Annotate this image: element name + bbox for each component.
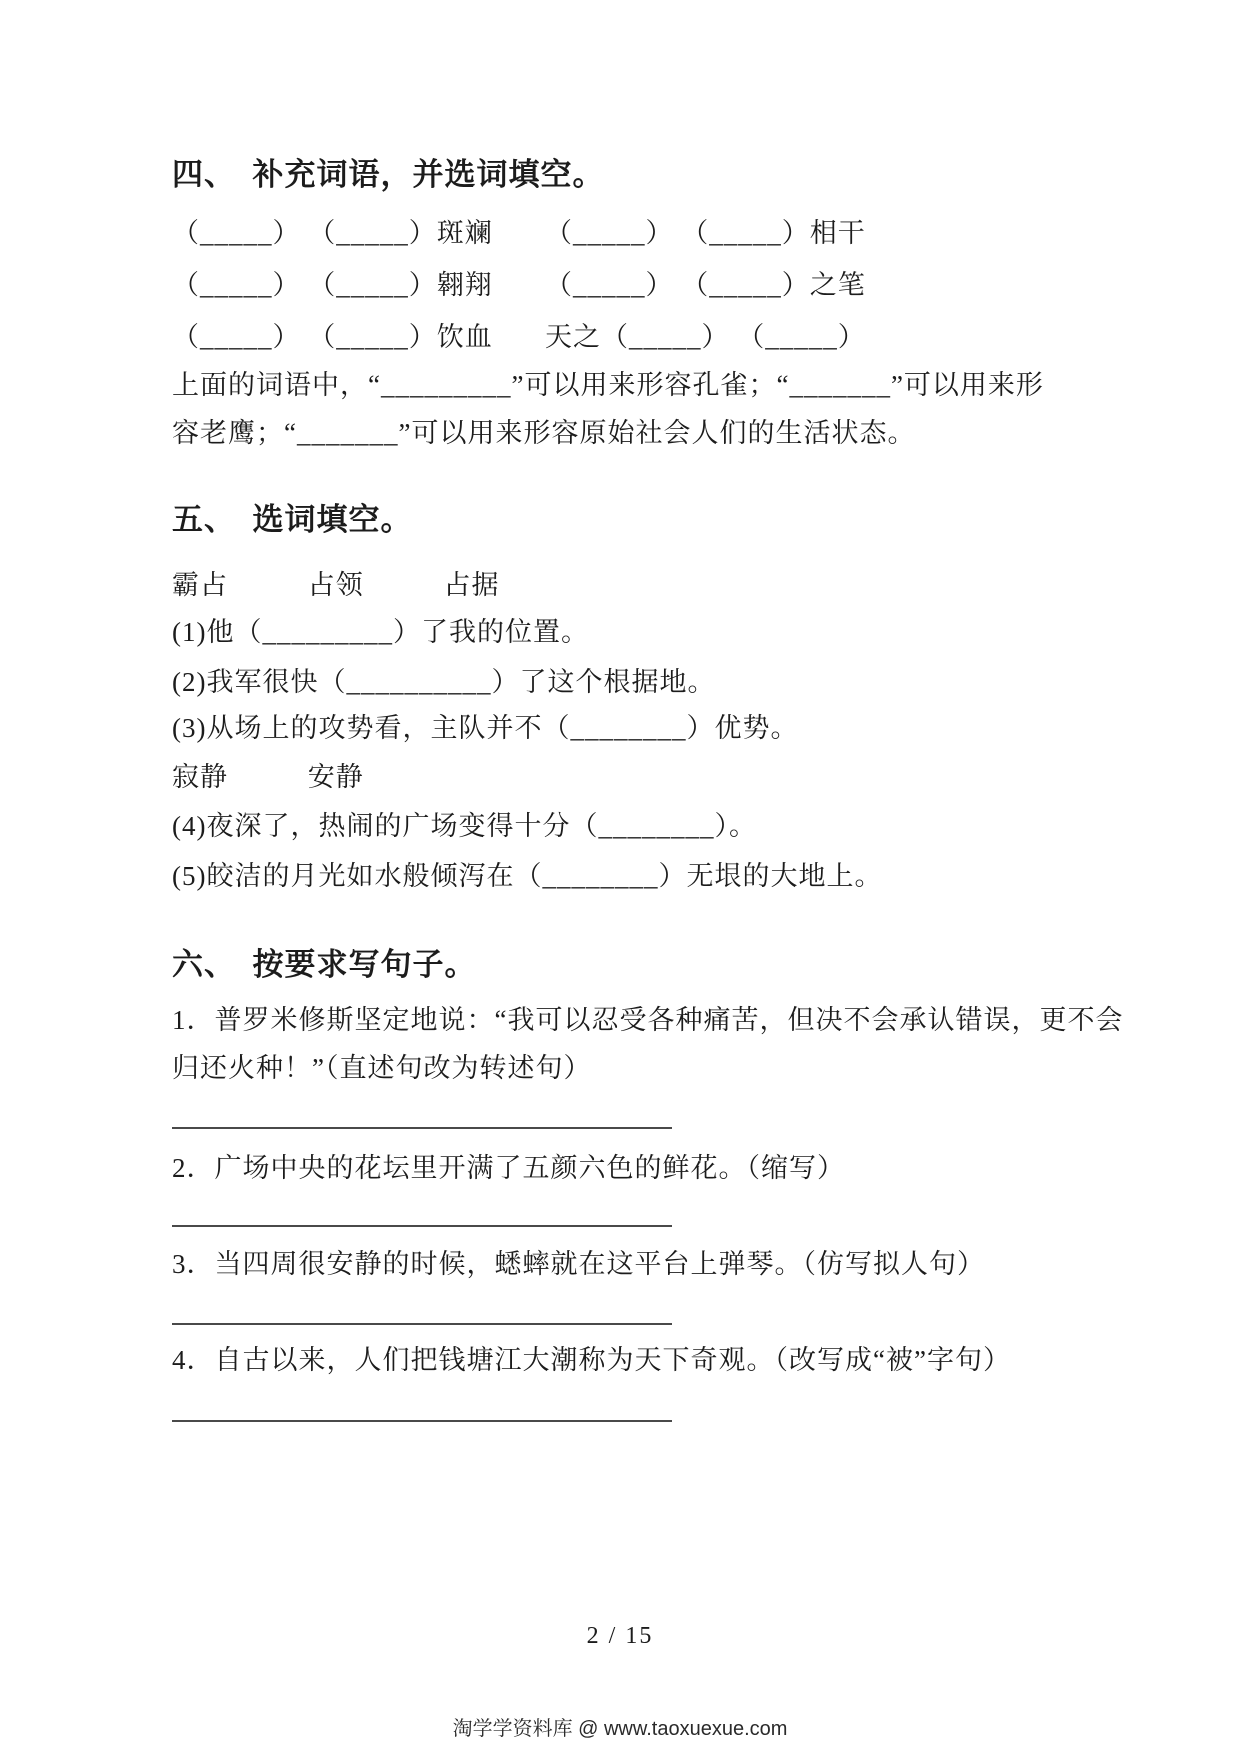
worksheet-page: 四、 补充词语，并选词填空。 （_____） （_____）斑斓 （_____）… xyxy=(0,0,1240,1753)
answer-blank-line xyxy=(172,1225,672,1227)
s4-row-3-right: 天之（_____） （_____） xyxy=(545,317,866,357)
s4-paragraph-line-1: 上面的词语中，“_________”可以用来形容孔雀；“_______”可以用来… xyxy=(172,365,1044,405)
section-4-title: 四、 补充词语，并选词填空。 xyxy=(172,153,605,197)
s4-paragraph-line-2: 容老鹰；“_______”可以用来形容原始社会人们的生活状态。 xyxy=(172,413,915,453)
s4-row-2-right: （_____） （_____）之笔 xyxy=(545,265,866,305)
s6-item-2: 2．广场中央的花坛里开满了五颜六色的鲜花。（缩写） xyxy=(172,1148,845,1188)
s4-row-1-left: （_____） （_____）斑斓 xyxy=(172,213,493,253)
word-bank-term: 寂静 xyxy=(172,757,228,797)
s5-item-5: (5)皎洁的月光如水般倾泻在（________）无垠的大地上。 xyxy=(172,856,882,896)
s5-item-2: (2)我军很快（__________）了这个根据地。 xyxy=(172,662,715,702)
word-bank-term: 占领 xyxy=(308,565,364,605)
section-6-title: 六、 按要求写句子。 xyxy=(172,943,477,987)
word-bank-term: 霸占 xyxy=(172,565,228,605)
word-bank-term: 安静 xyxy=(308,757,364,797)
word-bank-term: 占据 xyxy=(444,565,500,605)
s6-item-4: 4．自古以来，人们把钱塘江大潮称为天下奇观。（改写成“被”字句） xyxy=(172,1340,1011,1380)
answer-blank-line xyxy=(172,1127,672,1129)
s6-item-1-line-2: 归还火种！”（直述句改为转述句） xyxy=(172,1048,591,1088)
s5-word-bank-2: 寂静 安静 xyxy=(172,757,436,797)
s4-row-1-right: （_____） （_____）相干 xyxy=(545,213,866,253)
s5-item-3: (3)从场上的攻势看，主队并不（________）优势。 xyxy=(172,708,798,748)
s6-item-3: 3．当四周很安静的时候，蟋蟀就在这平台上弹琴。（仿写拟人句） xyxy=(172,1244,985,1284)
site-credit-footer: 淘学学资料库 @ www.taoxuexue.com xyxy=(0,1712,1240,1746)
s4-row-3-left: （_____） （_____）饮血 xyxy=(172,317,493,357)
section-5-title: 五、 选词填空。 xyxy=(172,498,413,542)
s4-row-2-left: （_____） （_____）翱翔 xyxy=(172,265,493,305)
s6-item-1-line-1: 1．普罗米修斯坚定地说：“我可以忍受各种痛苦，但决不会承认错误，更不会 xyxy=(172,1000,1123,1040)
answer-blank-line xyxy=(172,1420,672,1422)
s5-item-4: (4)夜深了，热闹的广场变得十分（________）。 xyxy=(172,806,757,846)
s5-item-1: (1)他（_________）了我的位置。 xyxy=(172,612,589,652)
page-number: 2 / 15 xyxy=(0,1616,1240,1656)
s5-word-bank-1: 霸占 占领 占据 xyxy=(172,565,572,605)
answer-blank-line xyxy=(172,1323,672,1325)
